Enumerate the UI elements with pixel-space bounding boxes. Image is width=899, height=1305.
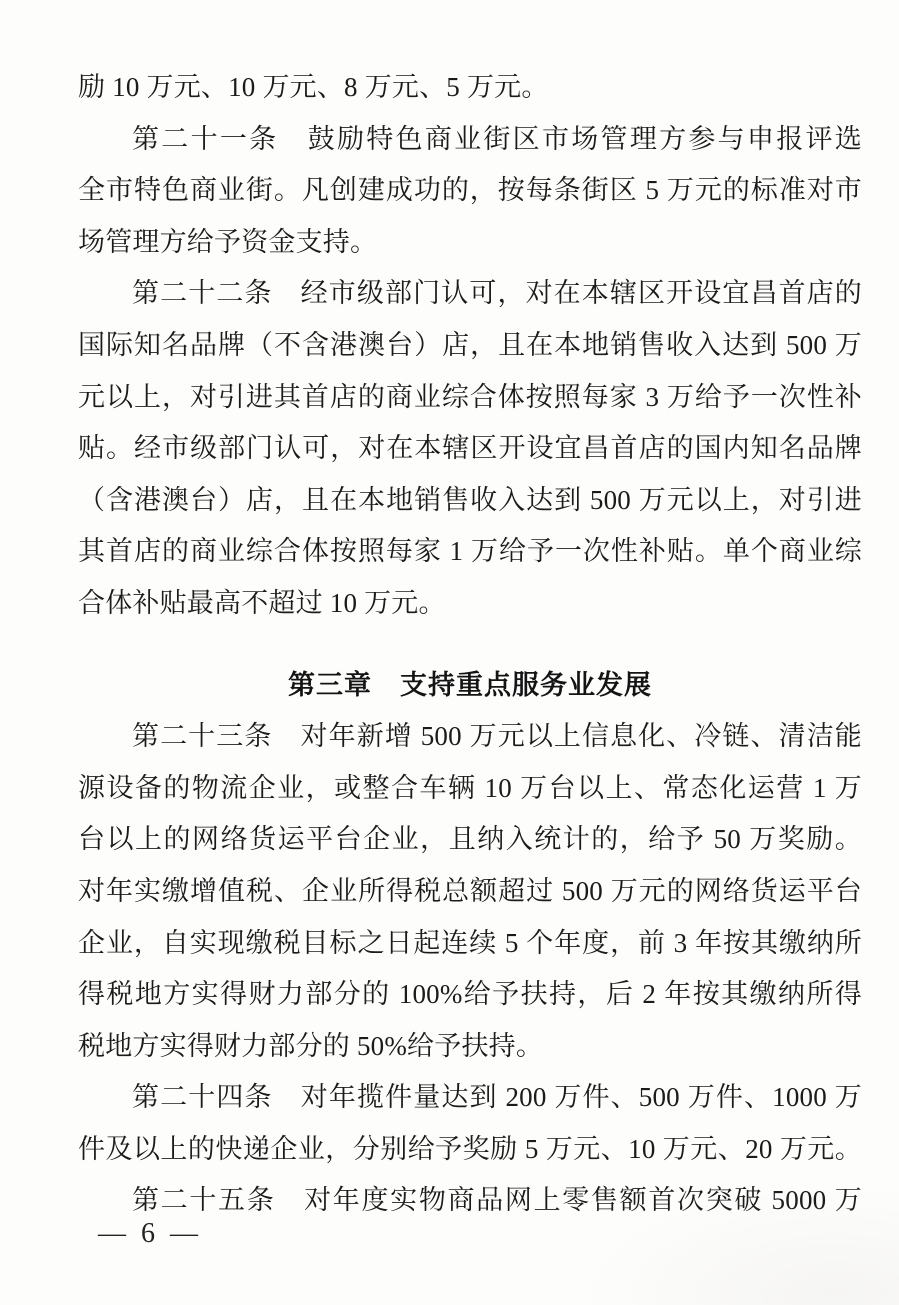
text-line: 合体补贴最高不超过 10 万元。	[78, 578, 862, 630]
text-line: 元以上，对引进其首店的商业综合体按照每家 3 万给予一次性补	[78, 372, 862, 424]
page-number: — 6 —	[98, 1218, 202, 1250]
document-page: 励 10 万元、10 万元、8 万元、5 万元。第二十一条 鼓励特色商业街区市场…	[0, 0, 899, 1305]
text-line: 第二十四条 对年揽件量达到 200 万件、500 万件、1000 万	[78, 1072, 862, 1124]
text-line: 台以上的网络货运平台企业，且纳入统计的，给予 50 万奖励。	[78, 814, 862, 866]
chapter-heading: 第三章 支持重点服务业发展	[78, 660, 862, 712]
text-line: 源设备的物流企业，或整合车辆 10 万台以上、常态化运营 1 万	[78, 763, 862, 815]
text-line: 企业，自实现缴税目标之日起连续 5 个年度，前 3 年按其缴纳所	[78, 918, 862, 970]
text-line: 第二十一条 鼓励特色商业街区市场管理方参与申报评选	[78, 114, 862, 166]
document-body: 励 10 万元、10 万元、8 万元、5 万元。第二十一条 鼓励特色商业街区市场…	[78, 62, 862, 1227]
text-line: 贴。经市级部门认可，对在本辖区开设宜昌首店的国内知名品牌	[78, 423, 862, 475]
text-line: 第二十三条 对年新增 500 万元以上信息化、冷链、清洁能	[78, 711, 862, 763]
text-line: 其首店的商业综合体按照每家 1 万给予一次性补贴。单个商业综	[78, 526, 862, 578]
text-line: 税地方实得财力部分的 50%给予扶持。	[78, 1021, 862, 1073]
text-line: 国际知名品牌（不含港澳台）店，且在本地销售收入达到 500 万	[78, 320, 862, 372]
text-line: 场管理方给予资金支持。	[78, 217, 862, 269]
text-line: 件及以上的快递企业，分别给予奖励 5 万元、10 万元、20 万元。	[78, 1124, 862, 1176]
text-line: 第二十二条 经市级部门认可，对在本辖区开设宜昌首店的	[78, 268, 862, 320]
text-line: 得税地方实得财力部分的 100%给予扶持，后 2 年按其缴纳所得	[78, 969, 862, 1021]
text-line: （含港澳台）店，且在本地销售收入达到 500 万元以上，对引进	[78, 475, 862, 527]
text-line: 全市特色商业街。凡创建成功的，按每条街区 5 万元的标准对市	[78, 165, 862, 217]
text-line: 对年实缴增值税、企业所得税总额超过 500 万元的网络货运平台	[78, 866, 862, 918]
text-line: 励 10 万元、10 万元、8 万元、5 万元。	[78, 62, 862, 114]
